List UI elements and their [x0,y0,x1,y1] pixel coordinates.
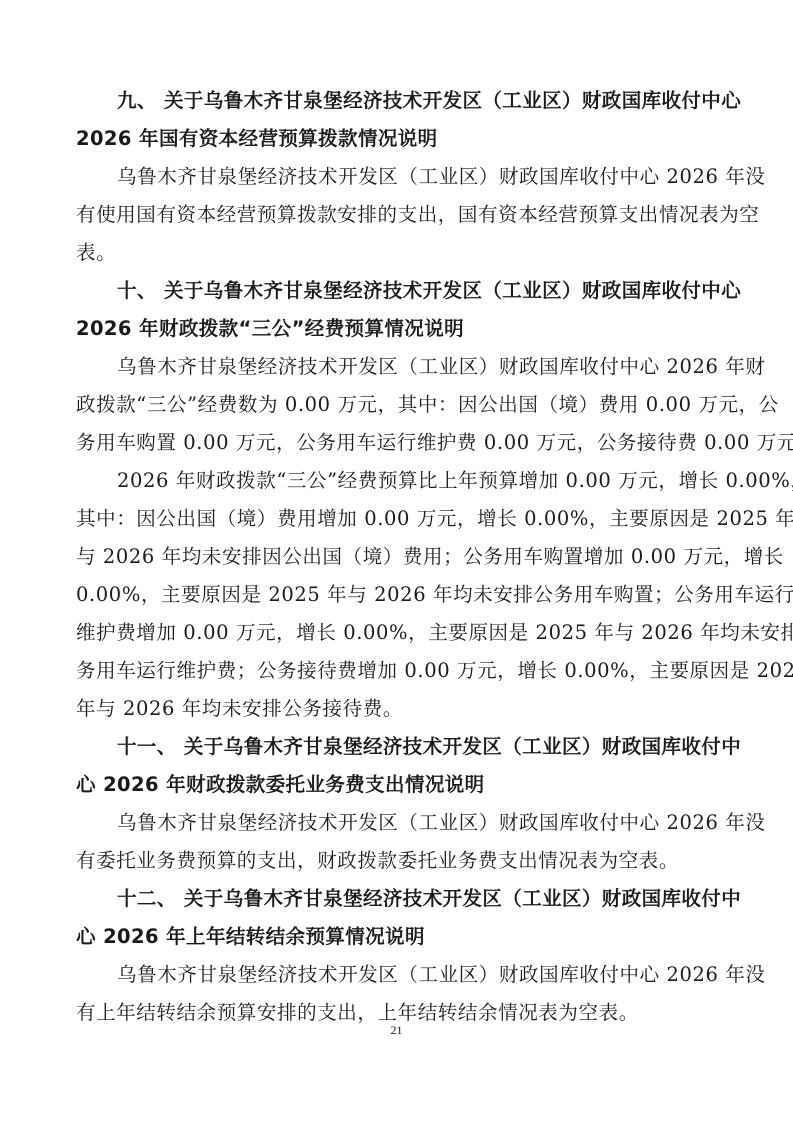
section-ten-paragraph-line: 乌鲁木齐甘泉堡经济技术开发区（工业区）财政国库收付中心 2026 年财 [76,348,706,386]
section-ten-paragraph-line: 2026 年财政拨款“三公”经费预算比上年预算增加 0.00 万元，增长 0.0… [76,462,706,500]
section-ten-paragraph-line: 其中：因公出国（境）费用增加 0.00 万元，增长 0.00%，主要原因是 20… [76,500,706,538]
section-twelve-paragraph-line: 乌鲁木齐甘泉堡经济技术开发区（工业区）财政国库收付中心 2026 年没 [76,956,706,994]
section-eleven-paragraph-line: 乌鲁木齐甘泉堡经济技术开发区（工业区）财政国库收付中心 2026 年没 [76,804,706,842]
section-ten-paragraph-line: 务用车运行维护费；公务接待费增加 0.00 万元，增长 0.00%，主要原因是 … [76,652,706,690]
section-eleven-heading-line-1: 十一、 关于乌鲁木齐甘泉堡经济技术开发区（工业区）财政国库收付中 [76,728,706,766]
section-eleven-heading-line-2: 心 2026 年财政拨款委托业务费支出情况说明 [76,766,706,804]
section-ten-heading-line-1: 十、 关于乌鲁木齐甘泉堡经济技术开发区（工业区）财政国库收付中心 [76,272,706,310]
section-nine-paragraph-line: 有使用国有资本经营预算拨款安排的支出，国有资本经营预算支出情况表为空 [76,196,706,234]
section-twelve-heading-line-2: 心 2026 年上年结转结余预算情况说明 [76,918,706,956]
section-ten-paragraph-line: 务用车购置 0.00 万元，公务用车运行维护费 0.00 万元，公务接待费 0.… [76,424,706,462]
section-ten-heading-line-2: 2026 年财政拨款“三公”经费预算情况说明 [76,310,706,348]
section-twelve-heading-line-1: 十二、 关于乌鲁木齐甘泉堡经济技术开发区（工业区）财政国库收付中 [76,880,706,918]
section-ten-paragraph-line: 政拨款“三公”经费数为 0.00 万元，其中：因公出国（境）费用 0.00 万元… [76,386,706,424]
section-nine-heading-line-1: 九、 关于乌鲁木齐甘泉堡经济技术开发区（工业区）财政国库收付中心 [76,82,706,120]
page-number: 21 [0,1023,793,1038]
section-ten-paragraph-line: 0.00%，主要原因是 2025 年与 2026 年均未安排公务用车购置；公务用… [76,576,706,614]
section-ten-paragraph-line: 维护费增加 0.00 万元，增长 0.00%，主要原因是 2025 年与 202… [76,614,706,652]
section-eleven-paragraph-line: 有委托业务费预算的支出，财政拨款委托业务费支出情况表为空表。 [76,842,706,880]
section-nine-heading-line-2: 2026 年国有资本经营预算拨款情况说明 [76,120,706,158]
section-ten-paragraph-line: 与 2026 年均未安排因公出国（境）费用；公务用车购置增加 0.00 万元，增… [76,538,706,576]
section-ten-paragraph-line: 年与 2026 年均未安排公务接待费。 [76,690,706,728]
section-nine-paragraph-line: 乌鲁木齐甘泉堡经济技术开发区（工业区）财政国库收付中心 2026 年没 [76,158,706,196]
section-nine-paragraph-line: 表。 [76,234,706,272]
